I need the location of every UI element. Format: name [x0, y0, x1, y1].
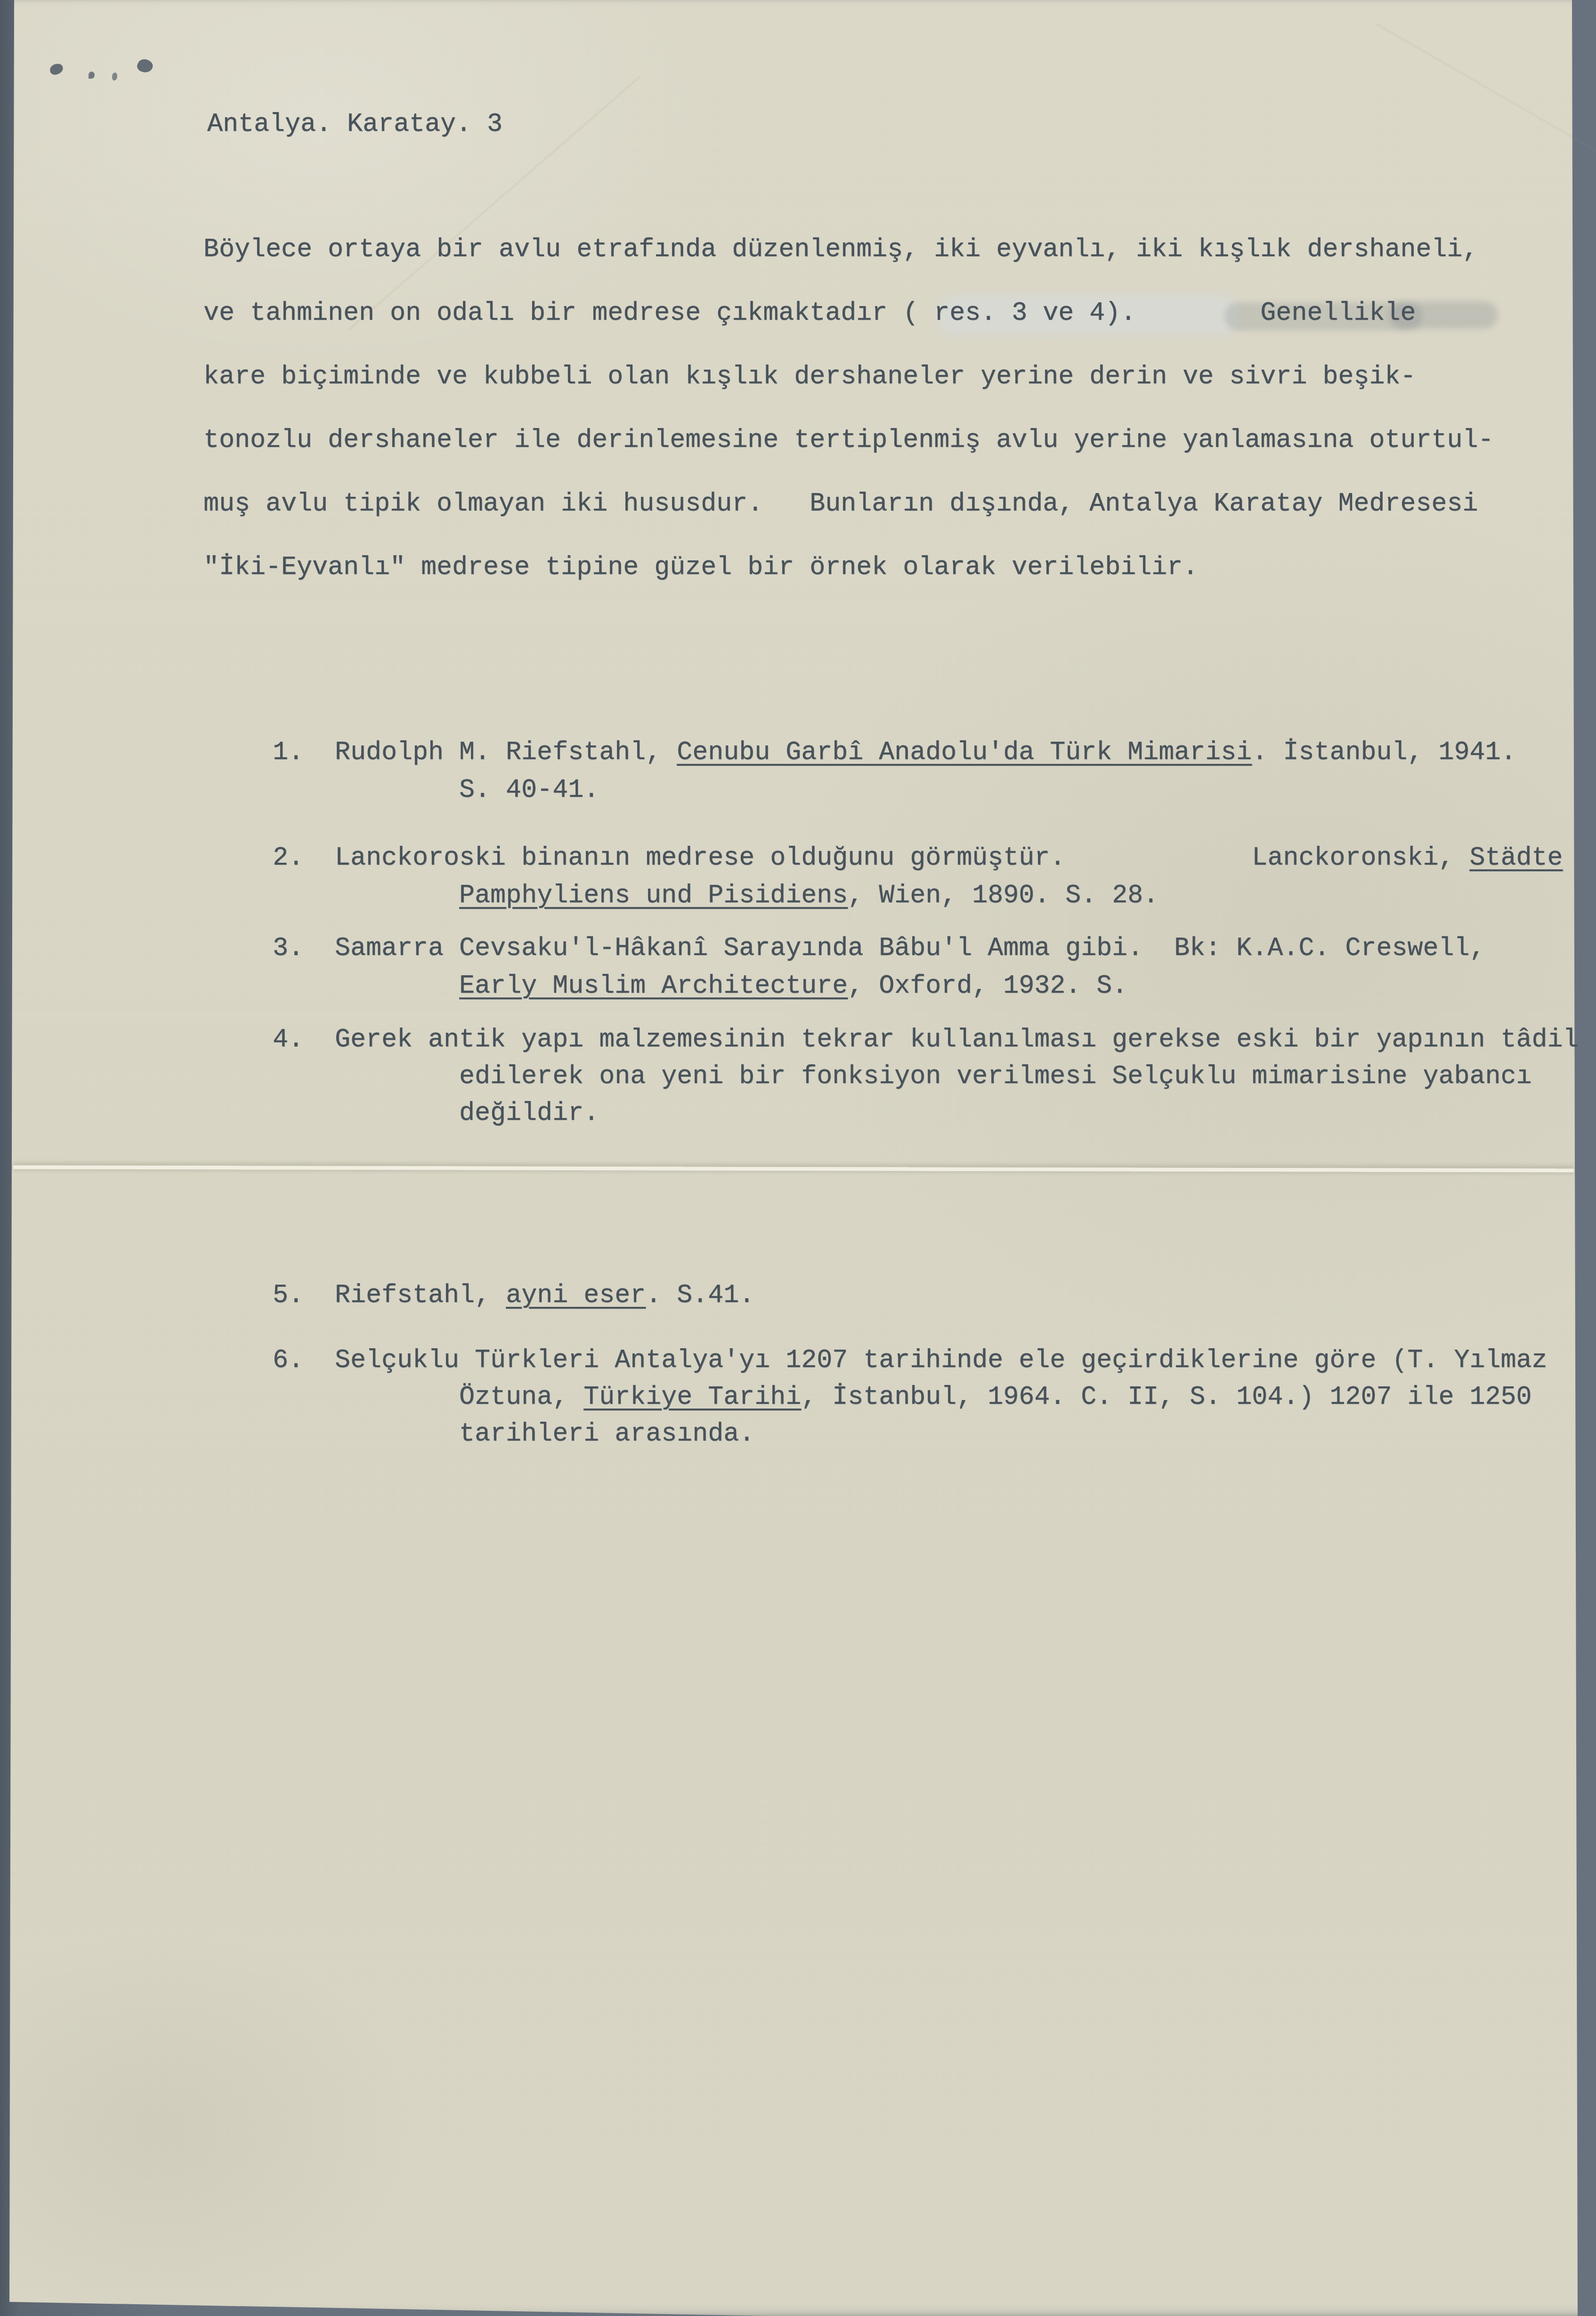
footnote-text: 5. Riefstahl,: [273, 1280, 506, 1310]
footnote-4-line-3: değildir.: [211, 1068, 599, 1158]
footnote-text: . İstanbul, 1941.: [1252, 737, 1516, 767]
underlined-book-title: Städte: [1469, 843, 1563, 873]
body-line-2: ve tahminen on odalı bir medrese çıkmakt…: [203, 298, 1416, 328]
underlined-book-title: Cenubu Garbî Anadolu'da Türk Mimarisi: [677, 737, 1252, 767]
scanned-document-page: { "colors": { "background": "#68727f", "…: [0, 0, 1596, 2316]
footnote-text: tarihleri arasında.: [273, 1419, 754, 1449]
page-title: Antalya. Karatay. 3: [207, 109, 502, 139]
body-line-6: "İki-Eyvanlı" medrese tipine güzel bir ö…: [203, 552, 1198, 583]
underlined-book-title: ayni eser: [506, 1280, 646, 1310]
body-line-4: tonozlu dershaneler ile derinlemesine te…: [203, 425, 1493, 455]
body-line-1: Böylece ortaya bir avlu etrafında düzenl…: [203, 235, 1478, 265]
footnote-text: . S.41.: [646, 1280, 754, 1310]
footnote-text: , İstanbul, 1964. C. II, S. 104.) 1207 i…: [801, 1382, 1531, 1412]
typewritten-text: Antalya. Karatay. 3 Böylece ortaya bir a…: [0, 0, 1596, 2316]
body-line-5: muş avlu tipik olmayan iki hususdur. Bun…: [203, 489, 1478, 519]
footnote-text: S. 40-41.: [273, 775, 599, 805]
footnote-6-line-3: tarihleri arasında.: [211, 1389, 754, 1479]
footnote-text: değildir.: [273, 1098, 599, 1128]
body-line-3: kare biçiminde ve kubbeli olan kışlık de…: [203, 362, 1416, 392]
